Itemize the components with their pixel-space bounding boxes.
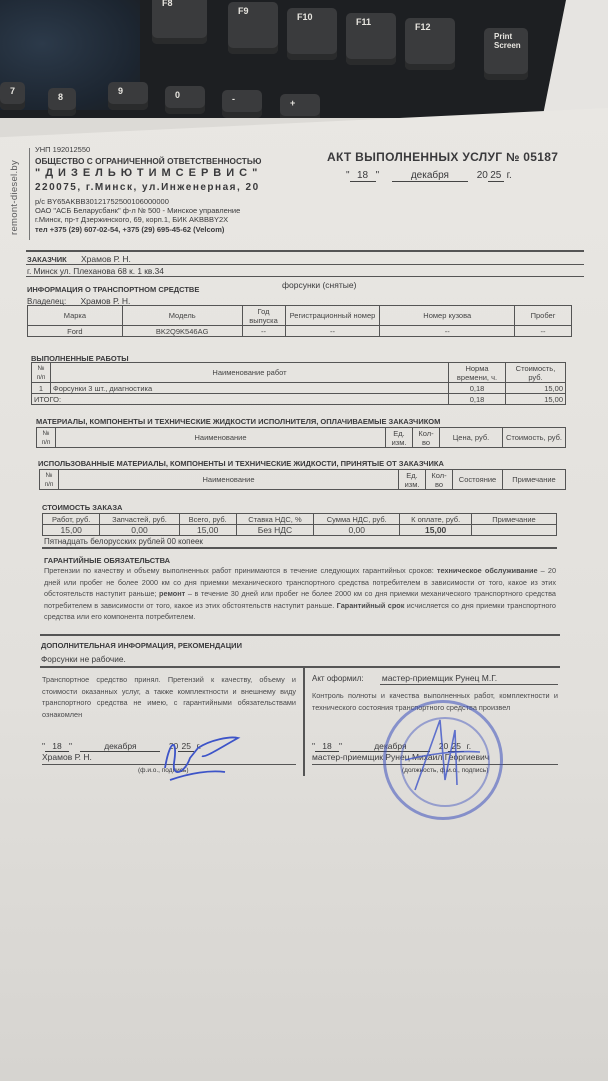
work-name: Форсунки 3 шт., диагностика [51, 383, 449, 394]
total-hours: 0,18 [449, 394, 506, 405]
company-name: "ДИЗЕЛЬЮТИМСЕРВИС" [35, 167, 262, 179]
col-parts: Запчастей, руб. [100, 514, 179, 525]
col-make: Марка [28, 306, 123, 326]
issuer-label: Акт оформил: [312, 674, 364, 683]
acceptance-day: 18 [45, 741, 69, 752]
order-cost-title: СТОИМОСТЬ ЗАКАЗА [42, 503, 122, 512]
act-month: декабря [392, 170, 468, 182]
divider [42, 547, 557, 549]
materials-paid-title: МАТЕРИАЛЫ, КОМПОНЕНТЫ И ТЕХНИЧЕСКИЕ ЖИДК… [36, 417, 440, 426]
total-cost: 15,00 [506, 394, 566, 405]
col-work-name: Наименование работ [51, 363, 449, 383]
col-model: Модель [122, 306, 242, 326]
act-day: 18 [350, 170, 376, 182]
mileage-value: -- [515, 326, 572, 337]
col-vat-sum: Сумма НДС, руб. [314, 514, 400, 525]
act-year-prefix: 20 [477, 170, 488, 181]
col-hours: Норма времени, ч. [449, 363, 506, 383]
warranty-title: ГАРАНТИЙНЫЕ ОБЯЗАТЕЛЬСТВА [44, 556, 170, 565]
materials-customer-table: № п/п Наименование Ед. изм. Кол-во Состо… [39, 469, 566, 490]
col-year: Год выпуска [242, 306, 285, 326]
issuer-value: мастер-приемщик Рунец М.Г. [382, 673, 497, 683]
col-number: № п/п [40, 470, 59, 490]
note-value [472, 525, 557, 536]
col-note: Примечание [503, 470, 566, 490]
col-number: № п/п [32, 363, 51, 383]
act-title: АКТ ВЫПОЛНЕННЫХ УСЛУГ № 05187 [327, 150, 558, 164]
col-vat-rate: Ставка НДС, % [236, 514, 313, 525]
issuer-signature [395, 710, 485, 800]
customer-address: г. Минск ул. Плеханова 68 к. 1 кв.34 [27, 266, 164, 276]
col-number: № п/п [37, 428, 56, 448]
divider [40, 666, 560, 668]
make-value: Ford [28, 326, 123, 337]
reg-number-value: -- [285, 326, 380, 337]
acceptance-name: Храмов Р. Н. [42, 752, 92, 762]
col-works: Работ, руб. [43, 514, 100, 525]
divider [26, 264, 584, 265]
order-cost-table: Работ, руб. Запчастей, руб. Всего, руб. … [42, 513, 557, 536]
customer-name: Храмов Р. Н. [81, 254, 131, 264]
col-body-number: Номер кузова [380, 306, 515, 326]
vat-rate-value: Без НДС [236, 525, 313, 536]
year-value: -- [242, 326, 285, 337]
col-note: Примечание [472, 514, 557, 525]
company-address: 220075, г.Минск, ул.Инженерная, 20 [35, 182, 260, 193]
col-payable: К оплате, руб. [400, 514, 472, 525]
vehicle-note: форсунки (снятые) [282, 280, 356, 290]
act-year: 25 [488, 170, 504, 182]
col-name: Наименование [56, 428, 386, 448]
company-legal-form: ОБЩЕСТВО С ОГРАНИЧЕННОЙ ОТВЕТСТВЕННОСТЬЮ [35, 156, 261, 166]
company-unp: УНП 192012550 [35, 145, 90, 154]
col-reg-number: Регистрационный номер [285, 306, 380, 326]
amount-in-words: Пятнадцать белорусских рублей 00 копеек [44, 537, 203, 546]
acceptance-month: декабря [80, 741, 160, 752]
order-cost-row: 15,00 0,00 15,00 Без НДС 0,00 15,00 [43, 525, 557, 536]
materials-paid-table: № п/п Наименование Ед. изм. Кол-во Цена,… [36, 427, 566, 448]
col-unit: Ед. изм. [386, 428, 413, 448]
works-cost-value: 15,00 [43, 525, 100, 536]
col-quantity: Кол-во [413, 428, 440, 448]
company-phones: тел +375 (29) 607-02-54, +375 (29) 695-4… [35, 225, 224, 234]
additional-title: ДОПОЛНИТЕЛЬНАЯ ИНФОРМАЦИЯ, РЕКОМЕНДАЦИИ [41, 641, 242, 650]
issuer-day: 18 [315, 741, 339, 752]
additional-text: Форсунки не рабочие. [41, 654, 126, 664]
vehicle-row: Ford BK2Q9K546AG -- -- -- -- [28, 326, 572, 337]
works-table: № п/п Наименование работ Норма времени, … [31, 362, 566, 405]
col-cost: Стоимость, руб. [506, 363, 566, 383]
acceptance-text: Транспортное средство принял. Претензий … [42, 674, 296, 720]
act-year-label: г. [507, 170, 512, 181]
parts-cost-value: 0,00 [100, 525, 179, 536]
col-unit: Ед. изм. [399, 470, 426, 490]
work-row: 1 Форсунки 3 шт., диагностика 0,18 15,00 [32, 383, 566, 394]
divider [26, 250, 584, 252]
signature-line [380, 684, 558, 685]
work-cost: 15,00 [506, 383, 566, 394]
col-condition: Состояние [453, 470, 503, 490]
payable-value: 15,00 [400, 525, 472, 536]
col-total: Всего, руб. [179, 514, 236, 525]
signature-column-divider [303, 666, 305, 776]
materials-customer-title: ИСПОЛЬЗОВАННЫЕ МАТЕРИАЛЫ, КОМПОНЕНТЫ И Т… [38, 459, 444, 468]
total-label: ИТОГО: [32, 394, 449, 405]
total-cost-value: 15,00 [179, 525, 236, 536]
issuer-row: Акт оформил: мастер-приемщик Рунец М.Г. [312, 673, 497, 683]
work-number: 1 [32, 383, 51, 394]
side-divider [29, 148, 30, 240]
divider [26, 276, 584, 277]
side-website: remont-diesel.by [9, 160, 20, 235]
divider [40, 634, 560, 636]
act-date: "18" декабря 2025 г. [346, 170, 512, 182]
vehicle-table: Марка Модель Год выпуска Регистрационный… [27, 305, 572, 337]
company-bank: ОАО "АСБ Беларусбанк" ф-л № 500 - Минско… [35, 206, 240, 215]
vehicle-section-title: ИНФОРМАЦИЯ О ТРАНСПОРТНОМ СРЕДСТВЕ [27, 285, 199, 294]
customer-signature [150, 728, 245, 788]
customer-row: ЗАКАЗЧИК Храмов Р. Н. [27, 254, 131, 264]
service-act-document: remont-diesel.by УНП 192012550 ОБЩЕСТВО … [0, 0, 608, 1081]
col-price: Цена, руб. [440, 428, 503, 448]
customer-label: ЗАКАЗЧИК [27, 255, 67, 264]
col-quantity: Кол-во [426, 470, 453, 490]
works-total-row: ИТОГО: 0,18 15,00 [32, 394, 566, 405]
work-hours: 0,18 [449, 383, 506, 394]
company-bank-address: г.Минск, пр-т Дзержинского, 69, корп.1, … [35, 215, 228, 224]
company-account: р/с BY65AKBB30121752500106000000 [35, 197, 169, 206]
model-value: BK2Q9K546AG [122, 326, 242, 337]
vat-sum-value: 0,00 [314, 525, 400, 536]
body-number-value: -- [380, 326, 515, 337]
warranty-text: Претензии по качеству и объему выполненн… [44, 565, 556, 623]
col-name: Наименование [59, 470, 399, 490]
col-cost: Стоимость, руб. [503, 428, 566, 448]
col-mileage: Пробег [515, 306, 572, 326]
